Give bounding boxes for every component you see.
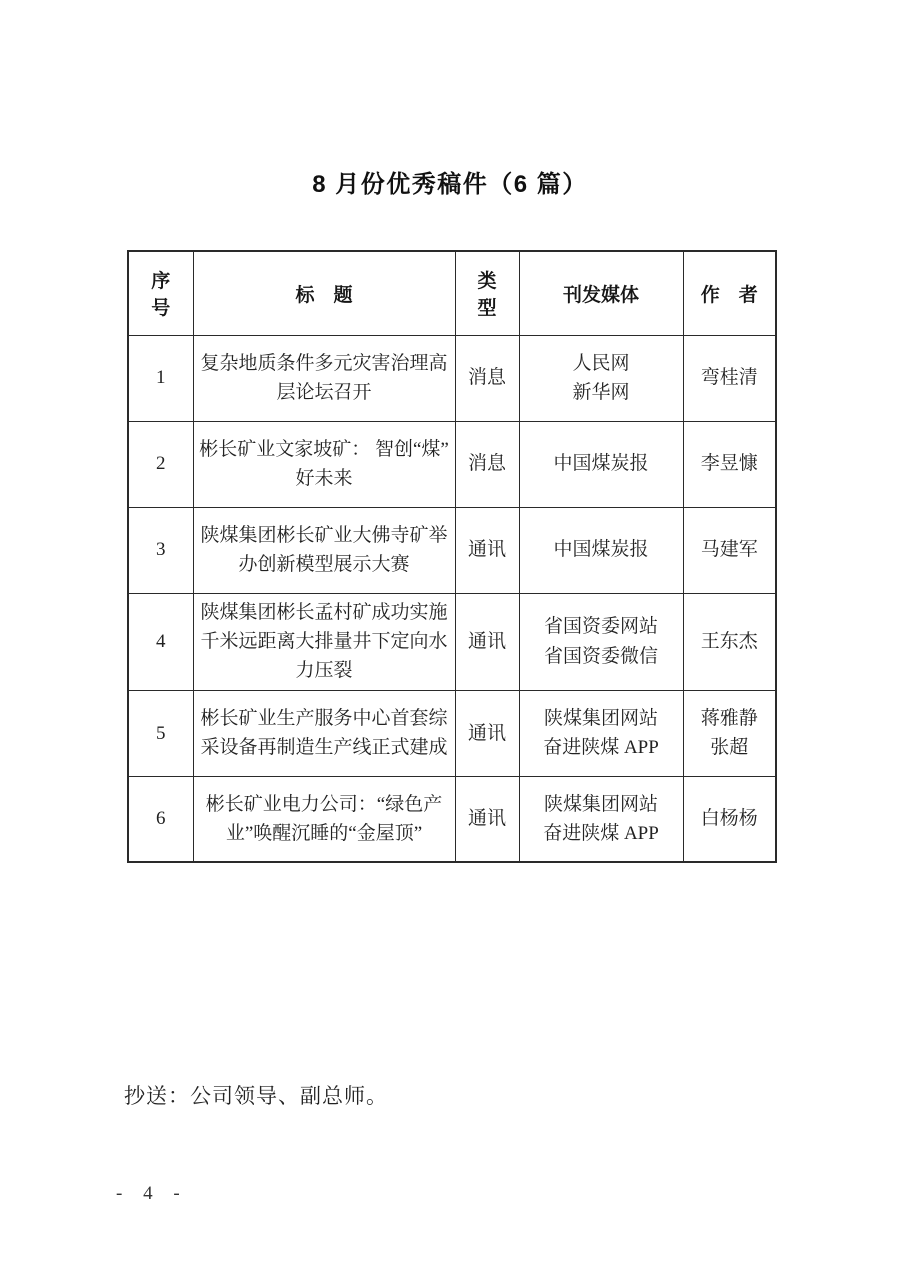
cell-media: 中国煤炭报	[519, 421, 683, 507]
cell-author: 白杨杨	[683, 776, 776, 862]
header-author: 作 者	[683, 251, 776, 335]
page-title: 8 月份优秀稿件（6 篇）	[0, 164, 900, 199]
cell-type: 通讯	[455, 776, 519, 862]
cell-no: 1	[128, 335, 193, 421]
cell-title: 陕煤集团彬长孟村矿成功实施千米远距离大排量井下定向水力压裂	[193, 593, 455, 690]
cell-type: 通讯	[455, 690, 519, 776]
cell-type: 通讯	[455, 593, 519, 690]
cell-no: 5	[128, 690, 193, 776]
document-page: { "document": { "title": "8 月份优秀稿件（6 篇）"…	[0, 0, 900, 1273]
cell-title: 彬长矿业文家坡矿： 智创“煤”好未来	[193, 421, 455, 507]
cell-media: 中国煤炭报	[519, 507, 683, 593]
cell-title: 彬长矿业生产服务中心首套综采设备再制造生产线正式建成	[193, 690, 455, 776]
cell-no: 3	[128, 507, 193, 593]
header-media: 刊发媒体	[519, 251, 683, 335]
cell-media: 陕煤集团网站 奋进陕煤 APP	[519, 690, 683, 776]
cell-author: 弯桂清	[683, 335, 776, 421]
table-row: 1 复杂地质条件多元灾害治理高层论坛召开 消息 人民网 新华网 弯桂清	[128, 335, 776, 421]
cell-media: 陕煤集团网站 奋进陕煤 APP	[519, 776, 683, 862]
cell-author: 蒋雅静 张超	[683, 690, 776, 776]
cell-type: 通讯	[455, 507, 519, 593]
header-no: 序 号	[128, 251, 193, 335]
manuscripts-table: 序 号 标 题 类 型 刊发媒体 作 者 1 复杂地质条件多元灾害治理高层论坛召…	[127, 250, 777, 863]
table-header-row: 序 号 标 题 类 型 刊发媒体 作 者	[128, 251, 776, 335]
cell-media: 省国资委网站 省国资委微信	[519, 593, 683, 690]
cell-author: 王东杰	[683, 593, 776, 690]
cell-no: 2	[128, 421, 193, 507]
page-number: - 4 -	[116, 1183, 188, 1205]
table-row: 5 彬长矿业生产服务中心首套综采设备再制造生产线正式建成 通讯 陕煤集团网站 奋…	[128, 690, 776, 776]
table-row: 2 彬长矿业文家坡矿： 智创“煤”好未来 消息 中国煤炭报 李昱慷	[128, 421, 776, 507]
table-row: 3 陕煤集团彬长矿业大佛寺矿举办创新模型展示大赛 通讯 中国煤炭报 马建军	[128, 507, 776, 593]
cell-title: 陕煤集团彬长矿业大佛寺矿举办创新模型展示大赛	[193, 507, 455, 593]
table-row: 4 陕煤集团彬长孟村矿成功实施千米远距离大排量井下定向水力压裂 通讯 省国资委网…	[128, 593, 776, 690]
copy-note: 抄送：公司领导、副总师。	[124, 1080, 388, 1110]
cell-media: 人民网 新华网	[519, 335, 683, 421]
cell-title: 彬长矿业电力公司：“绿色产业”唤醒沉睡的“金屋顶”	[193, 776, 455, 862]
cell-type: 消息	[455, 335, 519, 421]
table-row: 6 彬长矿业电力公司：“绿色产业”唤醒沉睡的“金屋顶” 通讯 陕煤集团网站 奋进…	[128, 776, 776, 862]
cell-author: 李昱慷	[683, 421, 776, 507]
cell-title: 复杂地质条件多元灾害治理高层论坛召开	[193, 335, 455, 421]
header-title: 标 题	[193, 251, 455, 335]
header-type: 类 型	[455, 251, 519, 335]
cell-no: 4	[128, 593, 193, 690]
cell-author: 马建军	[683, 507, 776, 593]
cell-type: 消息	[455, 421, 519, 507]
cell-no: 6	[128, 776, 193, 862]
